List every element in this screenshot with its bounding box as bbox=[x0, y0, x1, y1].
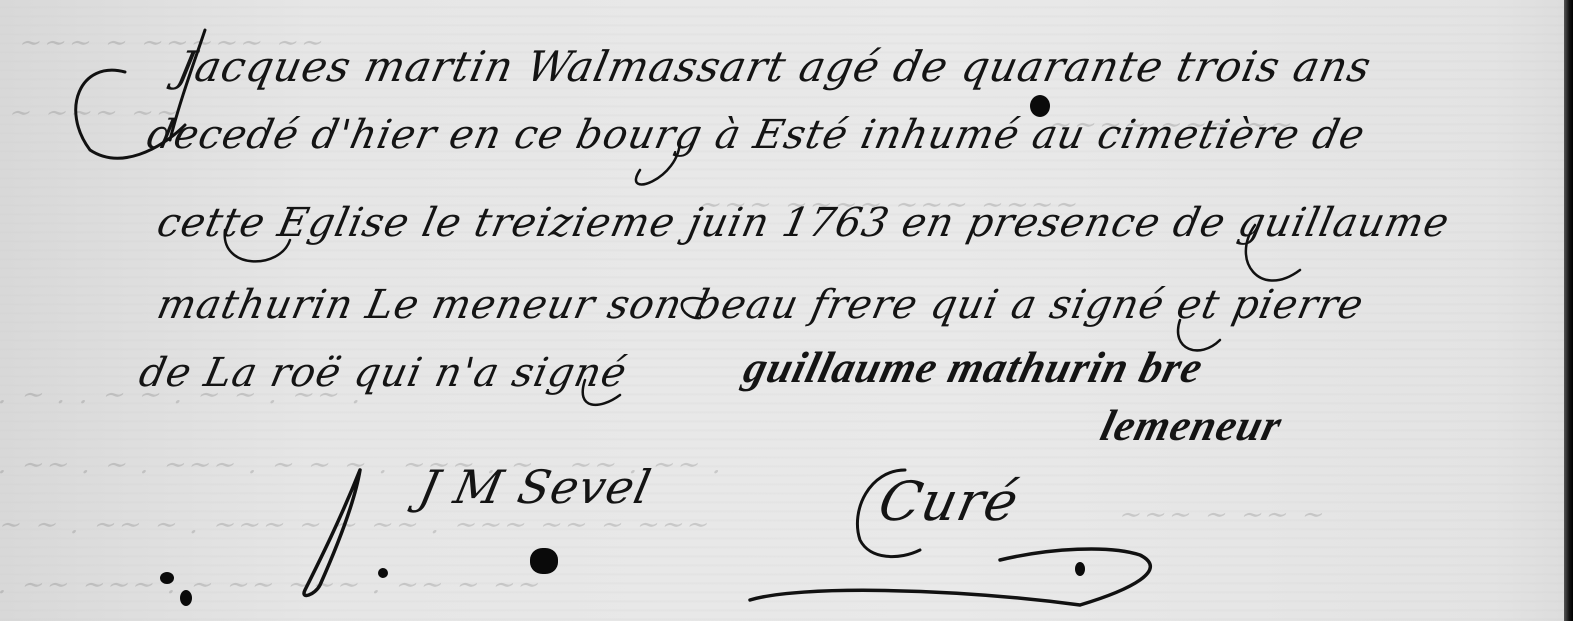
record-line-2: decedé d'hier en ce bourg à Esté inhumé … bbox=[143, 112, 1369, 158]
ink-blot bbox=[160, 572, 174, 584]
document-scan: ~~~ ~ ~~~~~ ~~ ~ ~~~ ~~ ~~~ ~~~~ ~~~ ~~~… bbox=[0, 0, 1573, 621]
record-line-5: de La roë qui n'a signé bbox=[135, 350, 631, 396]
ink-blot bbox=[1030, 95, 1050, 117]
record-line-1: Jacques martin Walmassart agé de quarant… bbox=[173, 42, 1376, 91]
priest-signature-title: Curé bbox=[873, 470, 1024, 533]
bleed-through-text: ~~~ ~ ~~ ~ bbox=[1115, 500, 1332, 530]
bleed-through-text: ~ ~ . ~~ ~ . ~~~ ~ ~ ~~ . ~~~ ~~ ~ ~~~ bbox=[0, 510, 717, 540]
ink-blot bbox=[1075, 562, 1085, 576]
witness-signature-line-2: lemeneur bbox=[1096, 400, 1288, 451]
page-edge bbox=[1564, 0, 1573, 621]
ink-blot bbox=[378, 568, 388, 578]
priest-signature-name: J M Sevel bbox=[414, 460, 656, 514]
witness-signature-line-1: guillaume mathurin bre bbox=[739, 342, 1209, 393]
record-line-4: mathurin Le meneur son beau frere qui a … bbox=[153, 282, 1368, 328]
ink-blot bbox=[530, 548, 558, 574]
ink-blot bbox=[180, 590, 192, 606]
bleed-through-text: . ~~ ~~~ . ~ ~~ ~~~ . ~~ ~ ~~ bbox=[0, 570, 548, 600]
record-line-3: cette Eglise le treizieme juin 1763 en p… bbox=[153, 200, 1454, 246]
